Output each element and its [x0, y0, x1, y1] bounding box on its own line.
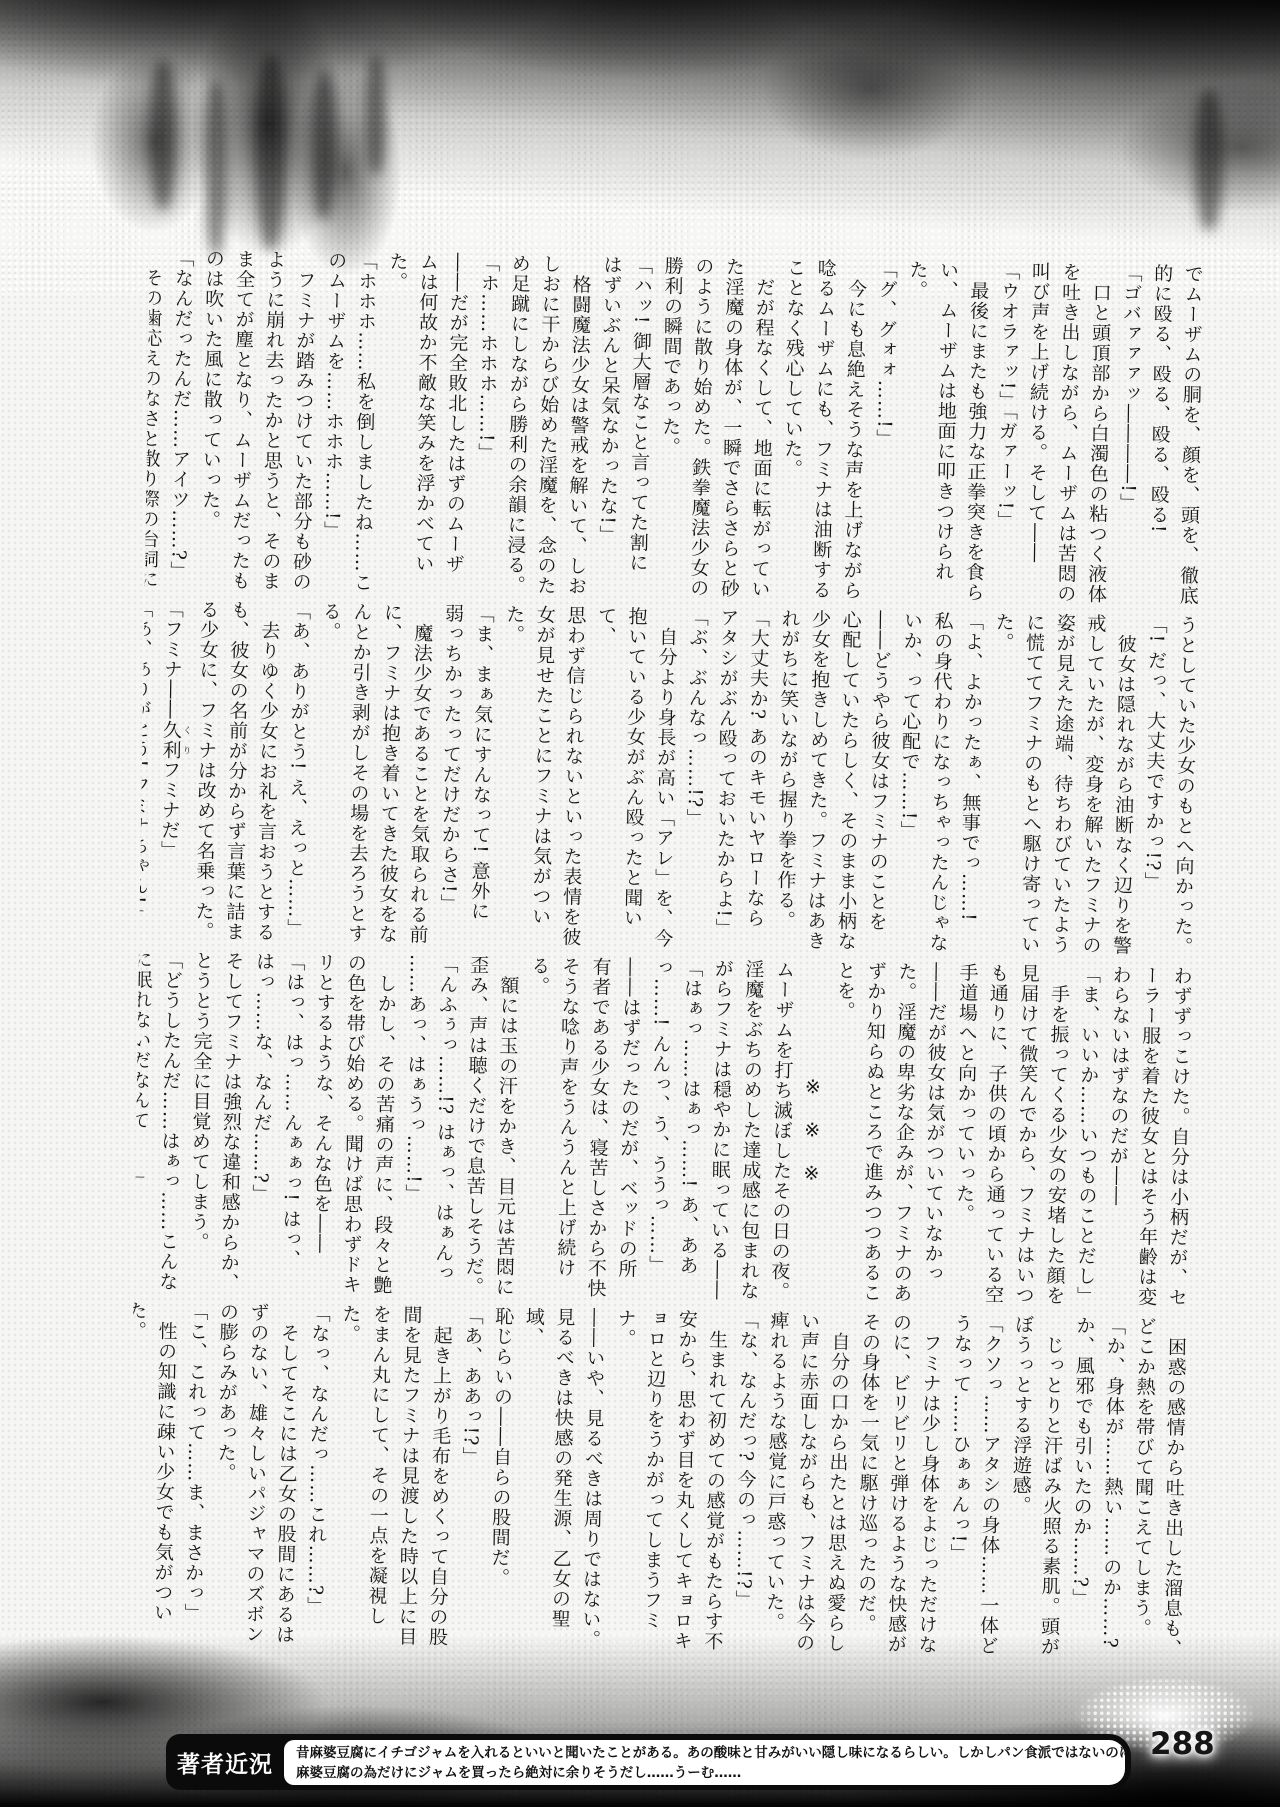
text-column: も通りに、子供の頃から通っている空: [977, 963, 1013, 1305]
author-status-line-2: 麻婆豆腐の為だけにジャムを買ったら絶対に余りそうだし……うーむ……: [296, 1763, 1115, 1783]
text-column: 最後にまたも強力な正拳突きを食ら: [958, 260, 994, 602]
text-column: ように崩れ去ったかと思うと、そのま: [254, 249, 290, 591]
text-column: 「ゴバァァァッ――――!」: [1111, 263, 1147, 605]
text-column: だが程なくして、地面に転がってい: [744, 257, 780, 599]
text-column: 淫魔をぶちのめした達成感に包まれな: [733, 959, 769, 1301]
text-column: 「なっ、なんだっ……これ……?」: [299, 1303, 335, 1645]
text-column: ま全てが塵となり、ムーザムだったも: [224, 249, 260, 591]
scanned-novel-page: でムーザムの胴を、顔を、頭を、徹底的に殴る、殴る、殴る、殴る!「ゴバァァァッ――…: [0, 0, 1280, 1807]
text-column: の膨らみがあった。: [207, 1302, 243, 1644]
text-column: ――はずだったのだが、ベッドの所: [610, 957, 646, 1299]
text-column: うとしていた少女のもとへ向かった。: [1166, 615, 1202, 957]
text-column: も、彼女の名前が分からず言葉に詰ま: [218, 600, 254, 942]
text-column: 抱いている少女がぶん殴ったと聞いて、: [585, 606, 652, 949]
text-column: 恥じらいの――自らの股間だ。: [482, 1306, 518, 1648]
text-column: 心配していたらしく、そのまま小柄な: [830, 609, 866, 951]
text-column: 唸るムーザムにも、フミナは油断する: [805, 258, 841, 600]
text-column: 自分より身長が高い「アレ」を、今: [646, 607, 682, 949]
text-column: 自分の口から出たとは思えぬ愛らし: [819, 1311, 855, 1653]
author-status-footer: 著者近況 昔麻婆豆腐にイチゴジャムを入れるといいと聞いたことがある。あの酸味と甘…: [166, 1734, 1131, 1790]
text-column: 思わず信じられないといった表情を彼: [555, 605, 591, 947]
text-column: 見るべきは快感の発生源、乙女の聖域、: [513, 1307, 580, 1650]
text-column: 彼女は隠れながら油断なく辺りを警: [1105, 614, 1141, 956]
text-column: フミナが踏みつけていた部分も砂の: [285, 250, 321, 592]
text-column: 性の知識に疎い少女でも気がついた。: [128, 1301, 182, 1644]
text-row-2: うとしていた少女のもとへ向かった。「! だっ、大丈夫ですかっ!?」 彼女は隠れな…: [139, 599, 1202, 958]
text-column: ーラー服を着た彼女とはそう年齢は変: [1130, 965, 1166, 1307]
text-row-1: でムーザムの胴を、顔を、頭を、徹底的に殴る、殴る、殴る、殴る!「ゴバァァァッ――…: [145, 248, 1208, 607]
text-column: 「よ、よかったぁ、無事でっ……!: [952, 611, 988, 953]
text-column: 口と頭頂部から白濁色の粘つく液体: [1080, 262, 1116, 604]
text-column: 手を振ってくる少女の安堵した顔を: [1039, 964, 1075, 1306]
text-column: い、ムーザムは地面に叩きつけられた。: [897, 260, 964, 603]
text-column: しかし、その苦痛の声に、段々と艶: [366, 953, 402, 1295]
text-column: 今にも息絶えそうな声を上げながら: [835, 259, 871, 601]
text-column: の色を帯び始める。聞けば思わずドキ: [335, 953, 371, 1295]
text-column: 姿が見えた途端、待ちわびていたよう: [1044, 613, 1080, 955]
text-column: 「ぶ、ぶんなっ……!?」: [677, 607, 713, 949]
text-column: 「ホホホ……私を倒しましたね……こ: [346, 251, 382, 593]
text-column: でムーザムの胴を、顔を、頭を、徹底: [1172, 264, 1208, 606]
text-column: 弱っちかったってだけだからさ!」: [432, 603, 468, 945]
text-column: わずずっこけた。自分は小柄だが、セ: [1161, 966, 1197, 1308]
text-column: ――だが完全敗北したはずのムーザ: [438, 252, 474, 594]
text-column: 「どうしたんだ……はぁっ……こんな: [151, 950, 187, 1292]
text-column: 「ま、いいか……いつものことだし」: [1069, 964, 1105, 1306]
text-column: 困惑の感情から吐き出した溜息も、: [1155, 1317, 1191, 1659]
text-column: 「はぁっ……はぁっ……! あ、ああ: [672, 958, 708, 1300]
text-column: どこか熱を帯びて聞こえてしまう。: [1125, 1316, 1161, 1658]
text-column: 魔法少女であることを気取られる前: [402, 603, 438, 945]
text-column: を吐き出しながら、ムーザムは苦悶の: [1050, 262, 1086, 604]
text-column: 戒していたが、変身を解いたフミナの: [1075, 613, 1111, 955]
text-column: 「こ、これって……ま、まさかっ」: [177, 1301, 213, 1643]
text-column: ョロと辺りをうかがってしまうフミナ。: [605, 1308, 672, 1651]
text-column: そしてフミナは強烈な違和感からか、: [213, 951, 249, 1293]
vertical-text-body: でムーザムの胴を、顔を、頭を、徹底的に殴る、殴る、殴る、殴る!「ゴバァァァッ――…: [128, 248, 1208, 1668]
text-column: 「グ、グォォ……!」: [866, 259, 902, 601]
text-column: 痺れるような感覚に戸惑っていた。: [758, 1310, 794, 1652]
text-column: ムーザムを打ち滅ぼしたその日の夜。: [763, 959, 799, 1301]
text-column: 安から、思わず目を丸くしてキョロキ: [666, 1309, 702, 1651]
text-column: 「なんだったんだ……アイツ……?」: [163, 248, 199, 590]
text-column: 格闘魔法少女は警戒を解いて、しお: [560, 254, 596, 596]
text-column: 「んふぅっ……!? はぁっ、はぁんっ: [427, 954, 463, 1296]
text-column: 「はっ、はっ……んぁぁっ! はっ、: [274, 952, 310, 1294]
text-column: 叫び声を上げ続ける。そして――: [1019, 261, 1055, 603]
text-column: 女が見せたことにフミナは気がついた。: [493, 604, 560, 947]
text-column: とうとう完全に目覚めてしまう。: [182, 950, 218, 1292]
text-column: 「な、なんだっ? 今のっ……!?」: [727, 1310, 763, 1652]
text-column: ずのない、雄々しいパジャマのズボン: [238, 1302, 274, 1644]
text-column: リとするような、そんな色を――: [304, 952, 340, 1294]
text-column: っ……! んんっ、う、ううっ……」: [641, 958, 677, 1300]
text-column: 間を見たフミナは見渡した時以上に目: [391, 1305, 427, 1647]
text-column: れがちに笑いながら握り拳を作る。: [769, 609, 805, 951]
text-column: 去りゆく少女にお礼を言おうとする: [249, 600, 285, 942]
page-number: 288: [1150, 1726, 1215, 1762]
text-column: じっとりと汗ばみ火照る素肌。頭が: [1033, 1315, 1069, 1657]
text-column: んとか引き剥がしその場を去ろうとす: [341, 602, 377, 944]
text-column: 有者である少女は、寝苦しさから不快: [580, 957, 616, 1299]
text-column: 「か、身体が……熱い……のか……?: [1094, 1316, 1130, 1658]
text-column: に、フミナは抱き着いてきた彼女をな: [371, 602, 407, 944]
text-column: そうな唸り声をうんうんと上げ続ける。: [519, 956, 586, 1299]
text-column: 歪み、声は聴くだけで息苦しそうだ。: [457, 955, 493, 1297]
text-column: しおに干からび始めた淫魔を、念のた: [530, 254, 566, 596]
text-column: ――だが彼女は気がついていなかっ: [916, 962, 952, 1304]
text-column: ――どうやら彼女はフミナのことを: [861, 610, 897, 952]
text-column: いか、って心配で……!」: [891, 610, 927, 952]
text-column: に慌ててフミナのもとへ駆け寄ってい: [1014, 612, 1050, 954]
text-column: 見届けて微笑んでから、フミナはいつ: [1008, 963, 1044, 1305]
text-row-4: 困惑の感情から吐き出した溜息も、どこか熱を帯びて聞こえてしまう。「か、身体が………: [128, 1301, 1191, 1660]
text-column: のように散り始めた。鉄拳魔法少女の: [683, 256, 719, 598]
text-column: がらフミナは穏やかに眠っている――: [702, 959, 738, 1301]
text-column: ※ ※ ※: [794, 960, 830, 1302]
text-column: ムは何故か不敵な笑みを浮かべていた。: [377, 251, 444, 594]
text-row-3: わずずっこけた。自分は小柄だが、セーラー服を着た彼女とはそう年齢は変わらないはず…: [134, 950, 1197, 1309]
text-column: 「フミナ――久利くりフミナだ」: [152, 599, 193, 942]
text-column: その身体を一気に駆け巡ったのだ。: [850, 1312, 886, 1654]
text-column: 「あ、ありがとう! え、えっと……」: [279, 601, 315, 943]
text-column: 「ハッ! 御大層なこと言ってた割に: [621, 255, 657, 597]
text-column: フミナは少し身体をよじっただけな: [911, 1313, 947, 1655]
text-column: 「大丈夫か? あのキモいヤローなら: [738, 608, 774, 950]
text-column: た。淫魔の卑劣な企みが、フミナのあ: [886, 961, 922, 1303]
text-column: た淫魔の身体が、一瞬でさらさらと砂: [713, 257, 749, 599]
author-status-line-1: 昔麻婆豆腐にイチゴジャムを入れるといいと聞いたことがある。あの酸味と甘みがいい隠…: [296, 1743, 1115, 1763]
text-column: ずかり知らぬところで進みつつあるこ: [855, 961, 891, 1303]
text-column: 私の身代わりになっちゃったんじゃな: [922, 611, 958, 953]
text-column: め足蹴にしながら勝利の余韻に浸る。: [499, 253, 535, 595]
text-column: る少女に、フミナは改めて名乗った。: [188, 599, 224, 941]
text-column: 「クソっ……アタシの身体……一体ど: [972, 1314, 1008, 1656]
text-column: 少女を抱きしめてきた。フミナはあき: [799, 609, 835, 951]
text-column: 「あ、ああっ!?」: [452, 1306, 488, 1648]
text-column: ――いや、見るべきは周りではない。: [574, 1308, 610, 1650]
author-status-label: 著者近況: [166, 1746, 284, 1779]
text-column: はずいぶんと呆気なかったな!」: [591, 255, 627, 597]
text-column: そしてそこには乙女の股間にあるは: [268, 1303, 304, 1645]
text-column: か、風邪でも引いたのか……?」: [1064, 1315, 1100, 1657]
text-column: 「ま、まぁ気にすんなって! 意外に: [463, 604, 499, 946]
text-column: のに、ビリビリと弾けるような快感が: [880, 1312, 916, 1654]
author-status-textbox: 昔麻婆豆腐にイチゴジャムを入れるといいと聞いたことがある。あの酸味と甘みがいい隠…: [284, 1740, 1125, 1785]
text-column: 生まれて初めての感覚がもたらす不: [697, 1309, 733, 1651]
text-column: アタシがぶん殴っておいたからよ!」: [708, 608, 744, 950]
text-column: をまん丸にして、その一点を凝視した。: [330, 1304, 397, 1647]
text-column: 起き上がり毛布をめくって自分の股: [421, 1305, 457, 1647]
text-column: い声に赤面しながらも、フミナは今の: [788, 1311, 824, 1653]
text-column: 額には玉の汗をかき、目元は苦悶に: [488, 955, 524, 1297]
